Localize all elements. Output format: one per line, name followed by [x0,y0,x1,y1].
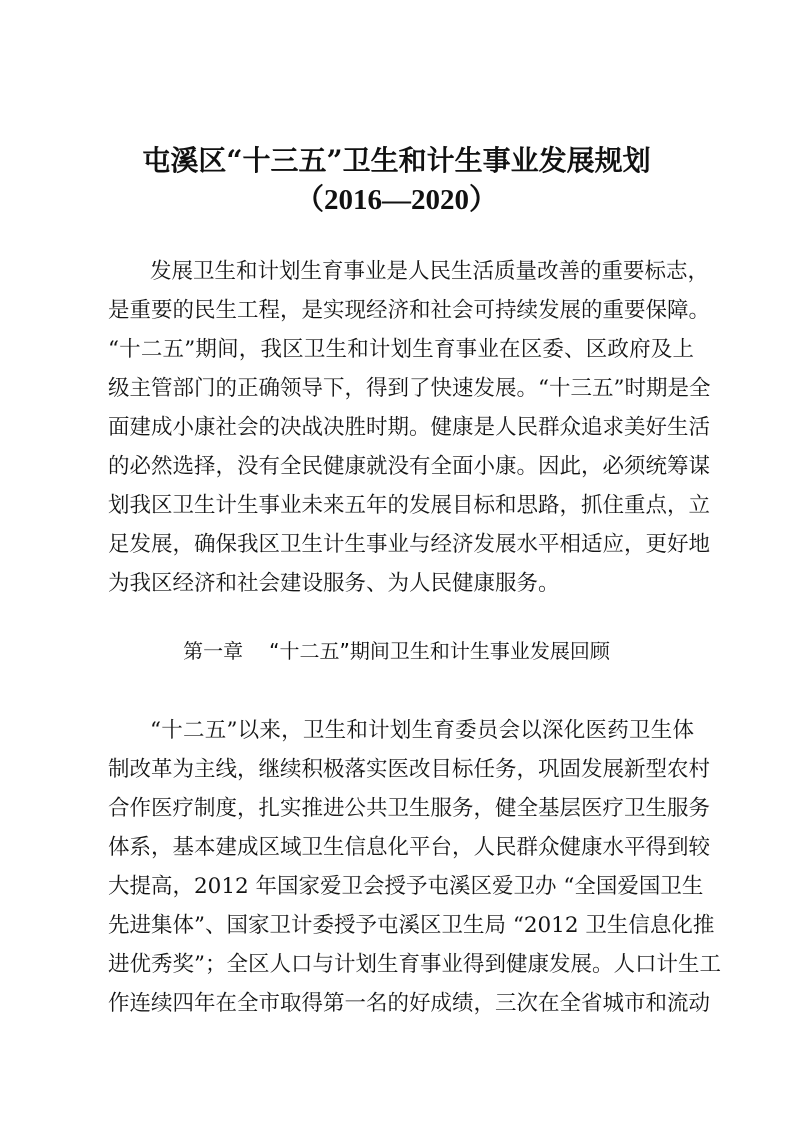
chapter-title: “十二五”期间卫生和计生事业发展回顾 [269,639,610,663]
paragraph-line: “十二五”期间，我区卫生和计划生育事业在区委、区政府及上 [108,330,694,369]
paragraph-line: 制改革为主线，继续积极落实医改目标任务，巩固发展新型农村 [108,750,694,789]
paragraph-line: 合作医疗制度，扎实推进公共卫生服务，健全基层医疗卫生服务 [108,789,694,828]
paragraph-line: 的必然选择，没有全民健康就没有全面小康。因此，必须统筹谋 [108,447,694,486]
paragraph-line: 发展卫生和计划生育事业是人民生活质量改善的重要标志， [150,252,694,291]
paragraph-line: 是重要的民生工程，是实现经济和社会可持续发展的重要保障。 [108,291,694,330]
paragraph-line: 大提高，2012 年国家爱卫会授予屯溪区爱卫办 “全国爱国卫生 [108,867,694,906]
paragraph-line: 进优秀奖”；全区人口与计划生育事业得到健康发展。人口计生工 [108,945,694,984]
paragraph-line: 面建成小康社会的决战决胜时期。健康是人民群众追求美好生活 [108,408,694,447]
paragraph-line: 作连续四年在全市取得第一名的好成绩，三次在全省城市和流动 [108,984,694,1023]
paragraph-line: 为我区经济和社会建设服务、为人民健康服务。 [108,564,694,603]
paragraph-line: 足发展，确保我区卫生计生事业与经济发展水平相适应，更好地 [108,525,694,564]
document-title: 屯溪区“十三五”卫生和计生事业发展规划 [0,143,793,179]
chapter-number: 第一章 [183,639,243,663]
document-subtitle-years: （2016—2020） [0,182,793,218]
chapter-heading: 第一章“十二五”期间卫生和计生事业发展回顾 [0,636,793,666]
document-page: 屯溪区“十三五”卫生和计生事业发展规划 （2016—2020） 发展卫生和计划生… [0,0,793,1122]
paragraph-line: 先进集体”、国家卫计委授予屯溪区卫生局 “2012 卫生信息化推 [108,906,694,945]
paragraph-line: 体系，基本建成区域卫生信息化平台，人民群众健康水平得到较 [108,828,694,867]
paragraph-line: 划我区卫生计生事业未来五年的发展目标和思路，抓住重点，立 [108,486,694,525]
paragraph-line: “十二五”以来，卫生和计划生育委员会以深化医药卫生体 [150,711,694,750]
paragraph-line: 级主管部门的正确领导下，得到了快速发展。“十三五”时期是全 [108,369,694,408]
